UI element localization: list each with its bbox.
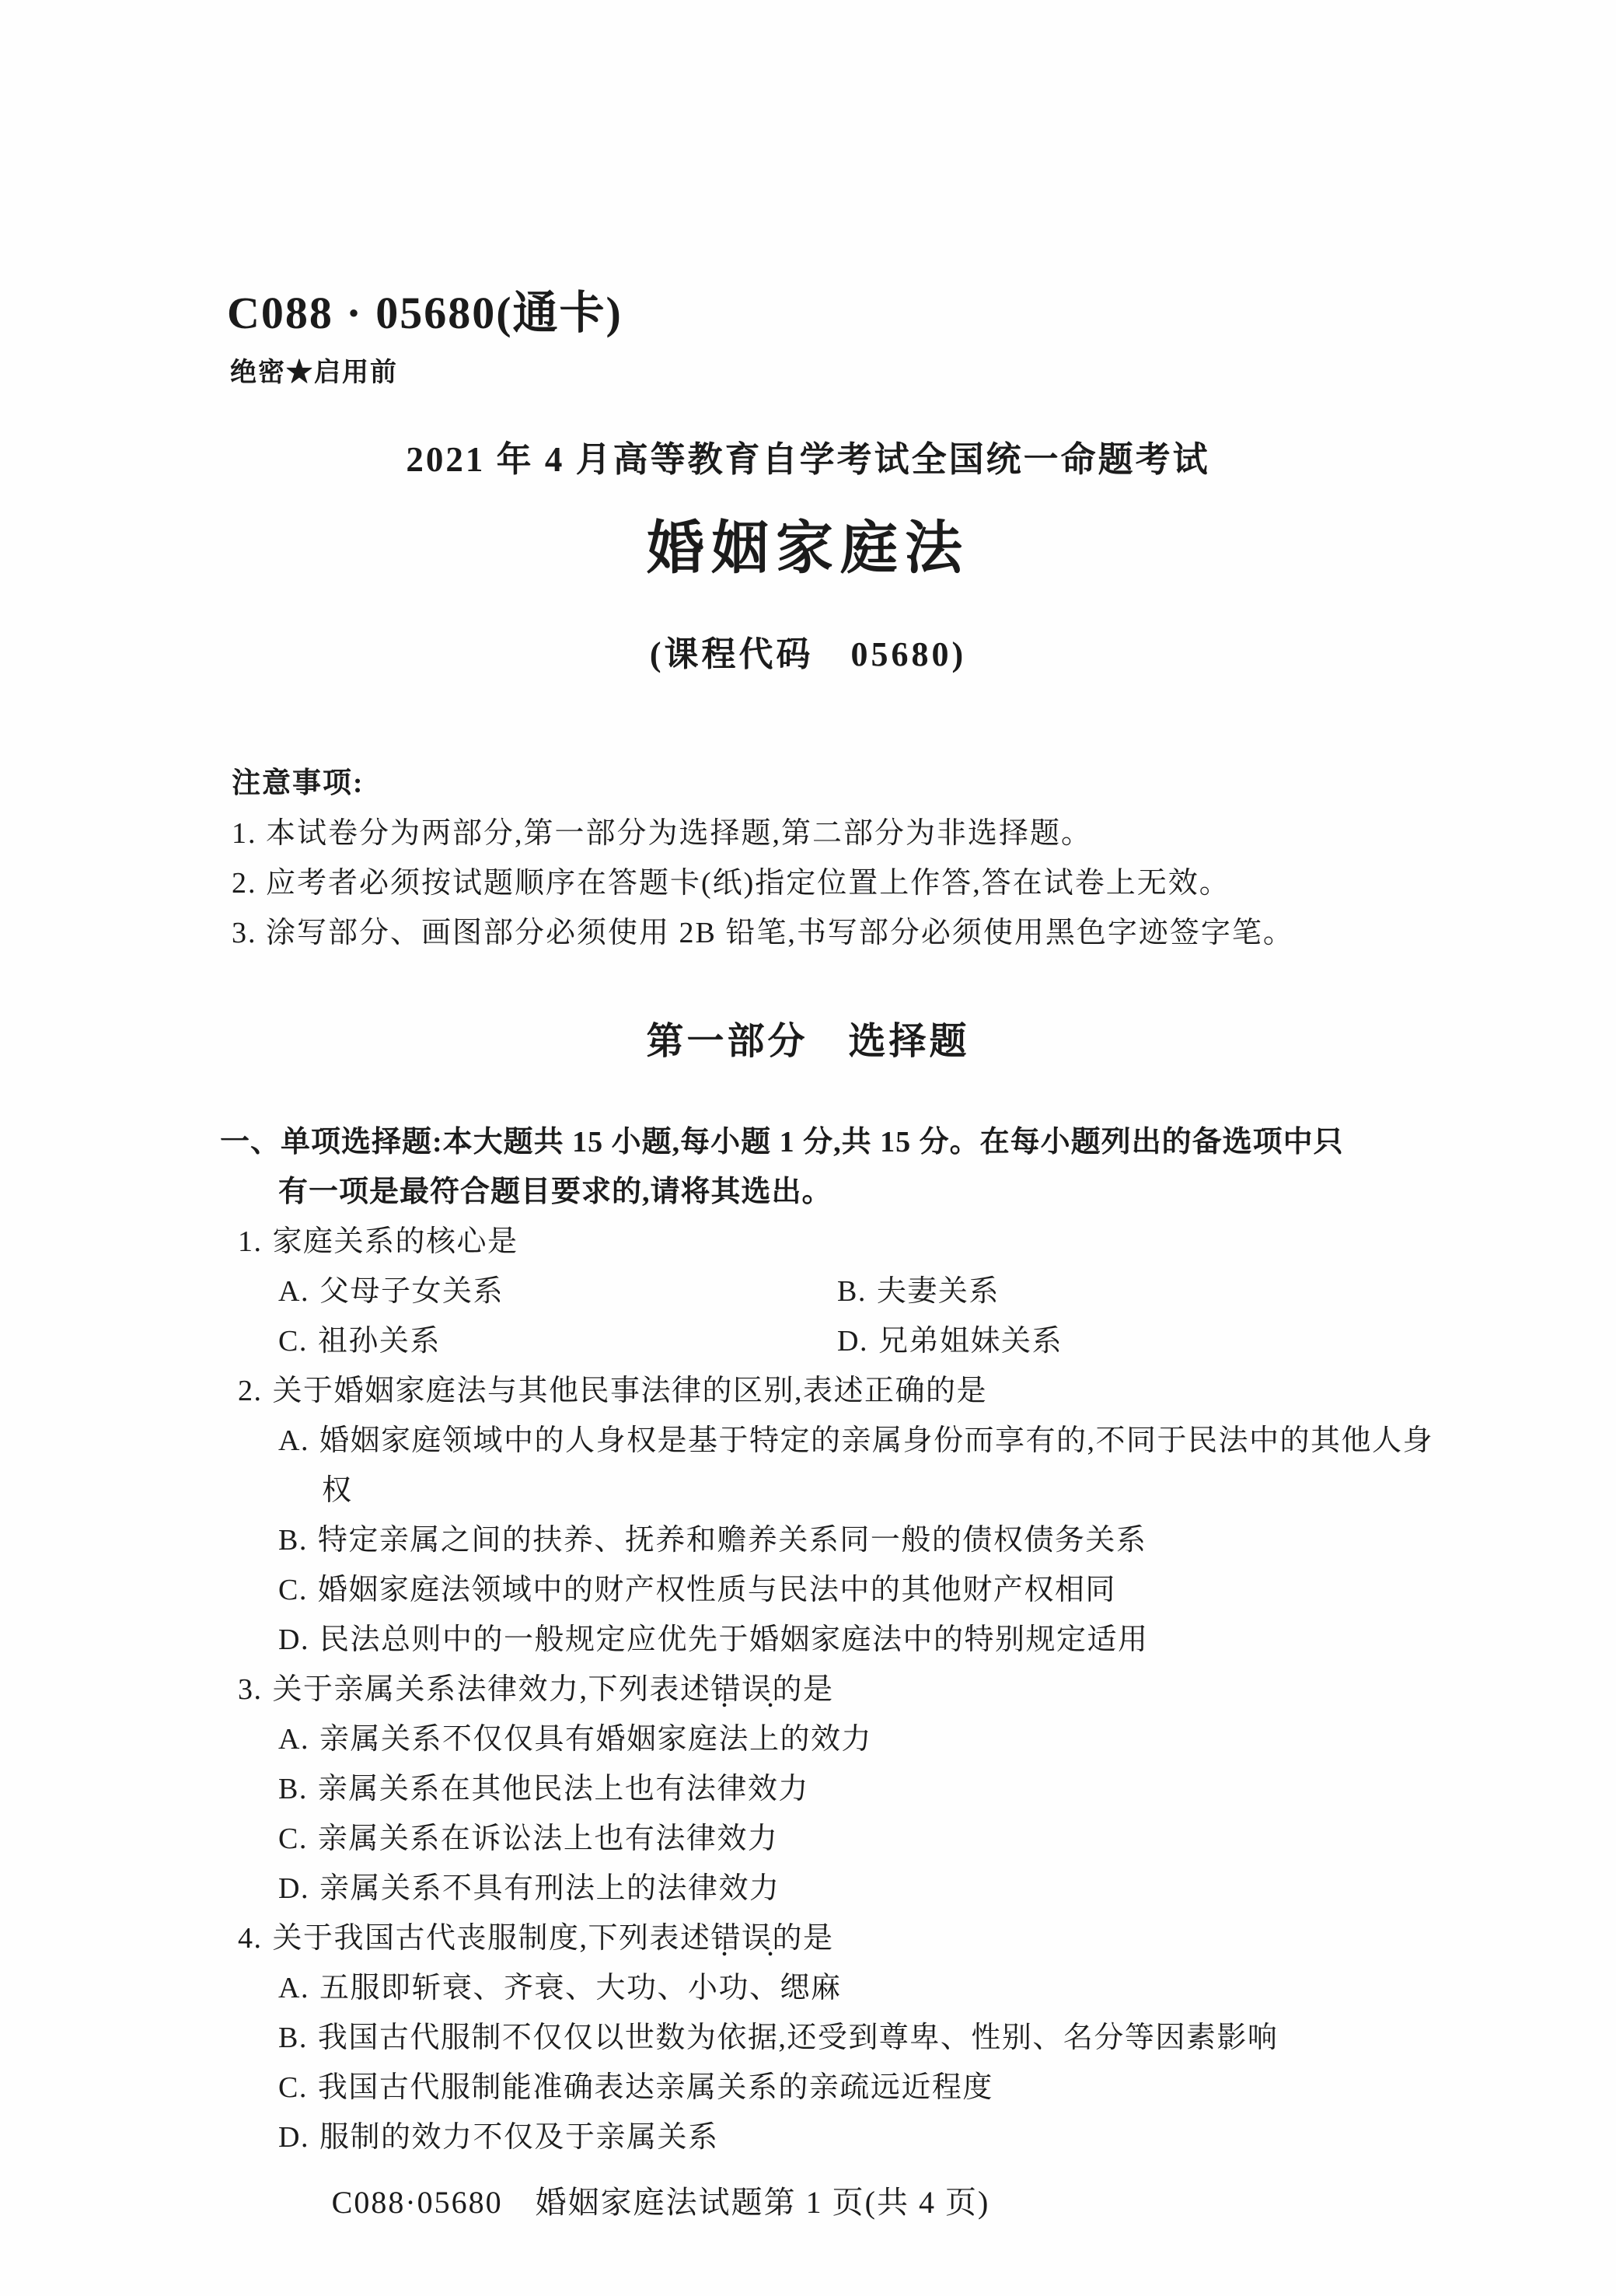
question-1-text: 家庭关系的核心是 [273, 1225, 518, 1258]
question-2-option-c: C.婚姻家庭法领域中的财产权性质与民法中的其他财产权相同 [278, 1565, 1438, 1615]
notice-item-3: 3. 涂写部分、画图部分必须使用 2B 铅笔,书写部分必须使用黑色字迹签字笔。 [232, 908, 1616, 958]
option-a-text: 婚姻家庭领域中的人身权是基于特定的亲属身份而享有的,不同于民法中的其他人身权 [319, 1424, 1433, 1507]
question-2-text: 关于婚姻家庭法与其他民事法律的区别,表述正确的是 [273, 1375, 988, 1407]
question-4-stem: 4.关于我国古代丧服制度,下列表述错误的是 [238, 1913, 1616, 1963]
question-2-option-a: A.婚姻家庭领域中的人身权是基于特定的亲属身份而享有的,不同于民法中的其他人身权 [278, 1416, 1438, 1515]
question-1: 1.家庭关系的核心是 A.父母子女关系 B.夫妻关系 C.祖孙关系 D.兄弟姐妹… [0, 1217, 1616, 1366]
question-2-option-b: B.特定亲属之间的扶养、抚养和赡养关系同一般的债权债务关系 [278, 1515, 1438, 1565]
question-4: 4.关于我国古代丧服制度,下列表述错误的是 A.五服即斩衰、齐衰、大功、小功、缌… [0, 1913, 1616, 2162]
question-4-option-d: D.服制的效力不仅及于亲属关系 [278, 2113, 1438, 2162]
question-2: 2.关于婚姻家庭法与其他民事法律的区别,表述正确的是 A.婚姻家庭领域中的人身权… [0, 1366, 1616, 1665]
option-d-label: D. [837, 1325, 868, 1358]
option-c-label: C. [278, 1574, 308, 1606]
section-intro-line-1: 一、单项选择题:本大题共 15 小题,每小题 1 分,共 15 分。在每小题列出… [220, 1117, 1616, 1167]
question-4-option-b: B.我国古代服制不仅仅以世数为依据,还受到尊卑、性别、名分等因素影响 [278, 2013, 1438, 2063]
question-3-stem: 3.关于亲属关系法律效力,下列表述错误的是 [238, 1665, 1616, 1714]
question-3-number: 3. [238, 1673, 263, 1706]
page-footer: C088·05680 婚姻家庭法试题第 1 页(共 4 页) [0, 2181, 1321, 2224]
notice-heading: 注意事项: [232, 759, 1616, 809]
question-1-stem: 1.家庭关系的核心是 [238, 1217, 1616, 1267]
option-a-label: A. [278, 1275, 309, 1308]
paper-code: C088 · 05680(通卡) [227, 286, 1616, 341]
option-d-text: 民法总则中的一般规定应优先于婚姻家庭法中的特别规定适用 [319, 1623, 1149, 1656]
option-a-text: 亲属关系不仅仅具有婚姻家庭法上的效力 [319, 1723, 872, 1756]
exam-paper-page: C088 · 05680(通卡) 绝密★启用前 2021 年 4 月高等教育自学… [0, 0, 1616, 2296]
option-c-text: 我国古代服制能准确表达亲属关系的亲疏远近程度 [318, 2071, 993, 2104]
option-b-label: B. [278, 1773, 308, 1805]
option-d-text: 兄弟姐妹关系 [878, 1325, 1063, 1358]
notice-item-2: 2. 应考者必须按试题顺序在答题卡(纸)指定位置上作答,答在试卷上无效。 [232, 858, 1616, 908]
option-d-label: D. [278, 1872, 309, 1905]
question-3-option-b: B.亲属关系在其他民法上也有法律效力 [278, 1764, 1438, 1814]
question-3-text: 关于亲属关系法律效力,下列表述 [273, 1673, 711, 1706]
question-3-emphasis: 错误 [711, 1673, 773, 1706]
question-1-options: A.父母子女关系 B.夫妻关系 C.祖孙关系 D.兄弟姐妹关系 [278, 1267, 1616, 1366]
question-1-option-a: A.父母子女关系 [278, 1267, 837, 1316]
option-c-text: 祖孙关系 [318, 1325, 441, 1358]
option-c-label: C. [278, 1325, 308, 1358]
exam-session-title: 2021 年 4 月高等教育自学考试全国统一命题考试 [0, 438, 1616, 481]
course-code: (课程代码 05680) [0, 633, 1616, 676]
option-a-label: A. [278, 1723, 309, 1756]
question-4-option-c: C.我国古代服制能准确表达亲属关系的亲疏远近程度 [278, 2063, 1438, 2113]
option-c-text: 婚姻家庭法领域中的财产权性质与民法中的其他财产权相同 [318, 1574, 1116, 1606]
question-3-option-d: D.亲属关系不具有刑法上的法律效力 [278, 1864, 1438, 1913]
question-3-option-a: A.亲属关系不仅仅具有婚姻家庭法上的效力 [278, 1714, 1438, 1764]
option-c-label: C. [278, 2071, 308, 2104]
option-d-text: 服制的效力不仅及于亲属关系 [319, 2121, 719, 2154]
option-c-text: 亲属关系在诉讼法上也有法律效力 [318, 1822, 779, 1855]
option-a-label: A. [278, 1424, 309, 1457]
question-4-emphasis: 错误 [711, 1922, 773, 1955]
secrecy-notice: 绝密★启用前 [230, 358, 1616, 389]
option-b-label: B. [278, 1524, 308, 1557]
option-b-label: B. [837, 1275, 867, 1308]
question-4-number: 4. [238, 1922, 263, 1955]
option-c-label: C. [278, 1822, 308, 1855]
section-intro-line-2: 有一项是最符合题目要求的,请将其选出。 [278, 1167, 1616, 1217]
question-1-option-b: B.夫妻关系 [837, 1267, 1616, 1316]
question-2-option-d: D.民法总则中的一般规定应优先于婚姻家庭法中的特别规定适用 [278, 1615, 1438, 1665]
option-d-text: 亲属关系不具有刑法上的法律效力 [319, 1872, 780, 1905]
option-b-label: B. [278, 2022, 308, 2054]
option-a-text: 父母子女关系 [319, 1275, 504, 1308]
question-2-stem: 2.关于婚姻家庭法与其他民事法律的区别,表述正确的是 [238, 1366, 1616, 1416]
question-3: 3.关于亲属关系法律效力,下列表述错误的是 A.亲属关系不仅仅具有婚姻家庭法上的… [0, 1665, 1616, 1913]
option-d-label: D. [278, 2121, 309, 2154]
option-b-text: 特定亲属之间的扶养、抚养和赡养关系同一般的债权债务关系 [318, 1524, 1147, 1557]
question-4-option-a: A.五服即斩衰、齐衰、大功、小功、缌麻 [278, 1963, 1438, 2013]
question-2-number: 2. [238, 1375, 263, 1407]
question-3-option-c: C.亲属关系在诉讼法上也有法律效力 [278, 1814, 1438, 1864]
option-a-label: A. [278, 1972, 309, 2004]
subject-title: 婚姻家庭法 [0, 512, 1616, 585]
part-one-heading: 第一部分 选择题 [0, 1017, 1616, 1067]
question-1-number: 1. [238, 1225, 263, 1258]
option-b-text: 亲属关系在其他民法上也有法律效力 [318, 1773, 809, 1805]
option-b-text: 夫妻关系 [877, 1275, 1000, 1308]
question-4-text: 关于我国古代丧服制度,下列表述 [273, 1922, 711, 1955]
question-1-option-d: D.兄弟姐妹关系 [837, 1316, 1616, 1366]
notice-item-1: 1. 本试卷分为两部分,第一部分为选择题,第二部分为非选择题。 [232, 809, 1616, 858]
option-d-label: D. [278, 1623, 309, 1656]
option-a-text: 五服即斩衰、齐衰、大功、小功、缌麻 [319, 1972, 842, 2004]
option-b-text: 我国古代服制不仅仅以世数为依据,还受到尊卑、性别、名分等因素影响 [318, 2022, 1279, 2054]
question-1-option-c: C.祖孙关系 [278, 1316, 837, 1366]
